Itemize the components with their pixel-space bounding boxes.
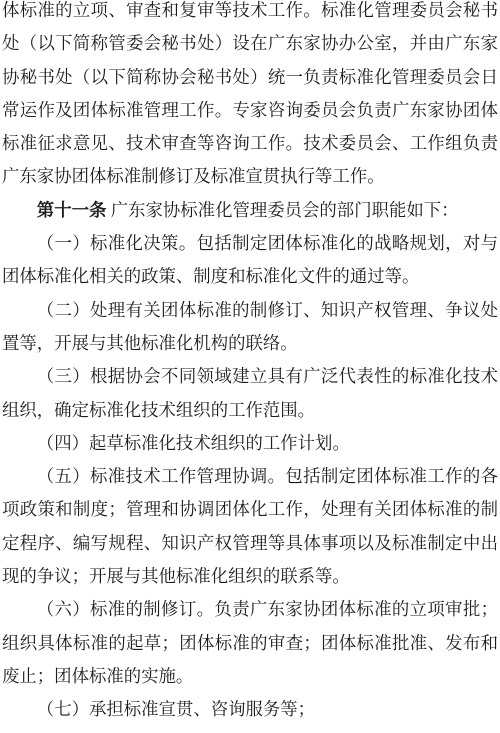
text-line: 定程序、编写规程、知识产权管理等具体事项以及标准制定中出 — [2, 527, 498, 560]
text-line: 组织具体标准的起草；团体标准的审查；团体标准批准、发布和 — [2, 627, 498, 660]
text-line: 废止；团体标准的实施。 — [2, 660, 498, 693]
text-line: 标准征求意见、技术审查等咨询工作。技术委员会、工作组负责 — [2, 127, 498, 160]
document-text-block: 体标准的立项、审查和复审等技术工作。标准化管理委员会秘书处（以下简称管委会秘书处… — [2, 0, 498, 727]
text-line: （五）标准技术工作管理协调。包括制定团体标准工作的各 — [2, 460, 498, 493]
text-line: （四）起草标准化技术组织的工作计划。 — [2, 427, 498, 460]
text-line: （一）标准化决策。包括制定团体标准化的战略规划，对与 — [2, 227, 498, 260]
text-line: 处（以下简称管委会秘书处）设在广东家协办公室，并由广东家 — [2, 27, 498, 60]
article-number-heading: 第十一条 — [37, 200, 107, 220]
text-line: （三）根据协会不同领域建立具有广泛代表性的标准化技术 — [2, 360, 498, 393]
text-line: 项政策和制度；管理和协调团体化工作，处理有关团体标准的制 — [2, 493, 498, 526]
text-line: 常运作及团体标准管理工作。专家咨询委员会负责广东家协团体 — [2, 94, 498, 127]
text-line: （六）标准的制修订。负责广东家协团体标准的立项审批； — [2, 593, 498, 626]
text-line: 广东家协团体标准制修订及标准宣贯执行等工作。 — [2, 160, 498, 193]
text-line: （二）处理有关团体标准的制修订、知识产权管理、争议处 — [2, 294, 498, 327]
text-line: （七）承担标准宣贯、咨询服务等； — [2, 693, 498, 726]
text-line: 协秘书处（以下简称协会秘书处）统一负责标准化管理委员会日 — [2, 61, 498, 94]
text-line: 组织，确定标准化技术组织的工作范围。 — [2, 394, 498, 427]
text-line: 体标准的立项、审查和复审等技术工作。标准化管理委员会秘书 — [2, 0, 498, 27]
text-line: 现的争议；开展与其他标准化组织的联系等。 — [2, 560, 498, 593]
text-line: 第十一条 广东家协标准化管理委员会的部门职能如下： — [2, 194, 498, 227]
document-page: 体标准的立项、审查和复审等技术工作。标准化管理委员会秘书处（以下简称管委会秘书处… — [0, 0, 500, 727]
text-line: 置等，开展与其他标准化机构的联络。 — [2, 327, 498, 360]
text-line: 团体标准化相关的政策、制度和标准化文件的通过等。 — [2, 260, 498, 293]
